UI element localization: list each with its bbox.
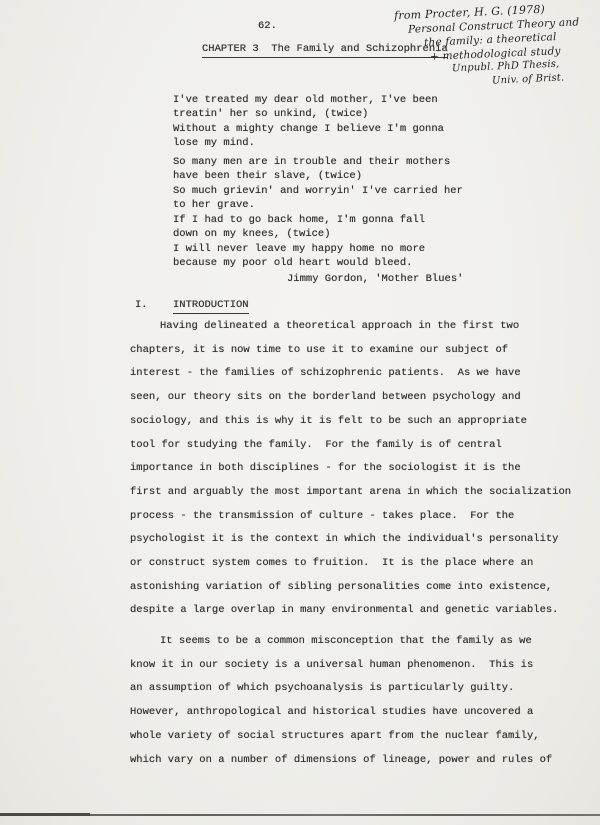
text-line: which vary on a number of dimensions of …	[130, 749, 552, 773]
text-line: have been their slave, (twice)	[173, 169, 463, 183]
epigraph-stanza-2: So many men are in trouble and their mot…	[173, 155, 463, 212]
text-line: It seems to be a common misconception th…	[130, 630, 552, 654]
text-line: I will never leave my happy home no more	[173, 242, 425, 256]
page-number: 62.	[258, 20, 277, 32]
chapter-heading-text: CHAPTER 3 The Family and Schizophrenia	[202, 43, 448, 58]
text-line: seen, our theory sits on the borderland …	[130, 386, 571, 410]
text-line: or construct system comes to fruition. I…	[130, 552, 571, 576]
text-line: Having delineated a theoretical approach…	[130, 315, 571, 339]
text-line: chapters, it is now time to use it to ex…	[130, 339, 571, 363]
text-line: So much grievin' and worryin' I've carri…	[173, 184, 463, 198]
text-line: an assumption of which psychoanalysis is…	[130, 677, 552, 701]
text-line: astonishing variation of sibling persona…	[130, 576, 571, 600]
text-line: process - the transmission of culture - …	[130, 505, 571, 529]
chapter-heading: CHAPTER 3 The Family and Schizophrenia	[202, 43, 448, 55]
scanned-document-page: 62. CHAPTER 3 The Family and Schizophren…	[0, 0, 600, 825]
text-line: treatin' her so unkind, (twice)	[173, 107, 444, 121]
text-line: I've treated my dear old mother, I've be…	[173, 93, 444, 107]
text-line: down on my knees, (twice)	[173, 227, 425, 241]
section-title: INTRODUCTION	[173, 299, 249, 314]
epigraph-stanza-3: If I had to go back home, I'm gonna fall…	[173, 213, 425, 270]
epigraph-stanza-1: I've treated my dear old mother, I've be…	[173, 93, 444, 150]
text-line: sociology, and this is why it is felt to…	[130, 410, 571, 434]
epigraph-attribution: Jimmy Gordon, 'Mother Blues'	[287, 272, 463, 286]
body-paragraph-2: It seems to be a common misconception th…	[130, 630, 552, 772]
text-line: interest - the families of schizophrenic…	[130, 362, 571, 386]
text-line: tool for studying the family. For the fa…	[130, 434, 571, 458]
text-line: psychologist it is the context in which …	[130, 528, 571, 552]
section-numeral: I.	[135, 299, 148, 311]
text-line: Without a mighty change I believe I'm go…	[173, 122, 444, 136]
text-line: to her grave.	[173, 198, 463, 212]
text-line: despite a large overlap in many environm…	[130, 599, 571, 623]
body-paragraph-1: Having delineated a theoretical approach…	[130, 315, 571, 623]
text-line: So many men are in trouble and their mot…	[173, 155, 463, 169]
text-line: lose my mind.	[173, 136, 444, 150]
text-line: However, anthropological and historical …	[130, 701, 552, 725]
text-line: first and arguably the most important ar…	[130, 481, 571, 505]
text-line: know it in our society is a universal hu…	[130, 654, 552, 678]
text-line: If I had to go back home, I'm gonna fall	[173, 213, 425, 227]
section-heading: I. INTRODUCTION	[135, 299, 148, 311]
annotation-line: Univ. of Brist.	[492, 72, 565, 86]
text-line: importance in both disciplines - for the…	[130, 457, 571, 481]
scan-edge-artifact	[0, 814, 600, 816]
text-line: because my poor old heart would bleed.	[173, 256, 425, 270]
text-line: whole variety of social structures apart…	[130, 725, 552, 749]
